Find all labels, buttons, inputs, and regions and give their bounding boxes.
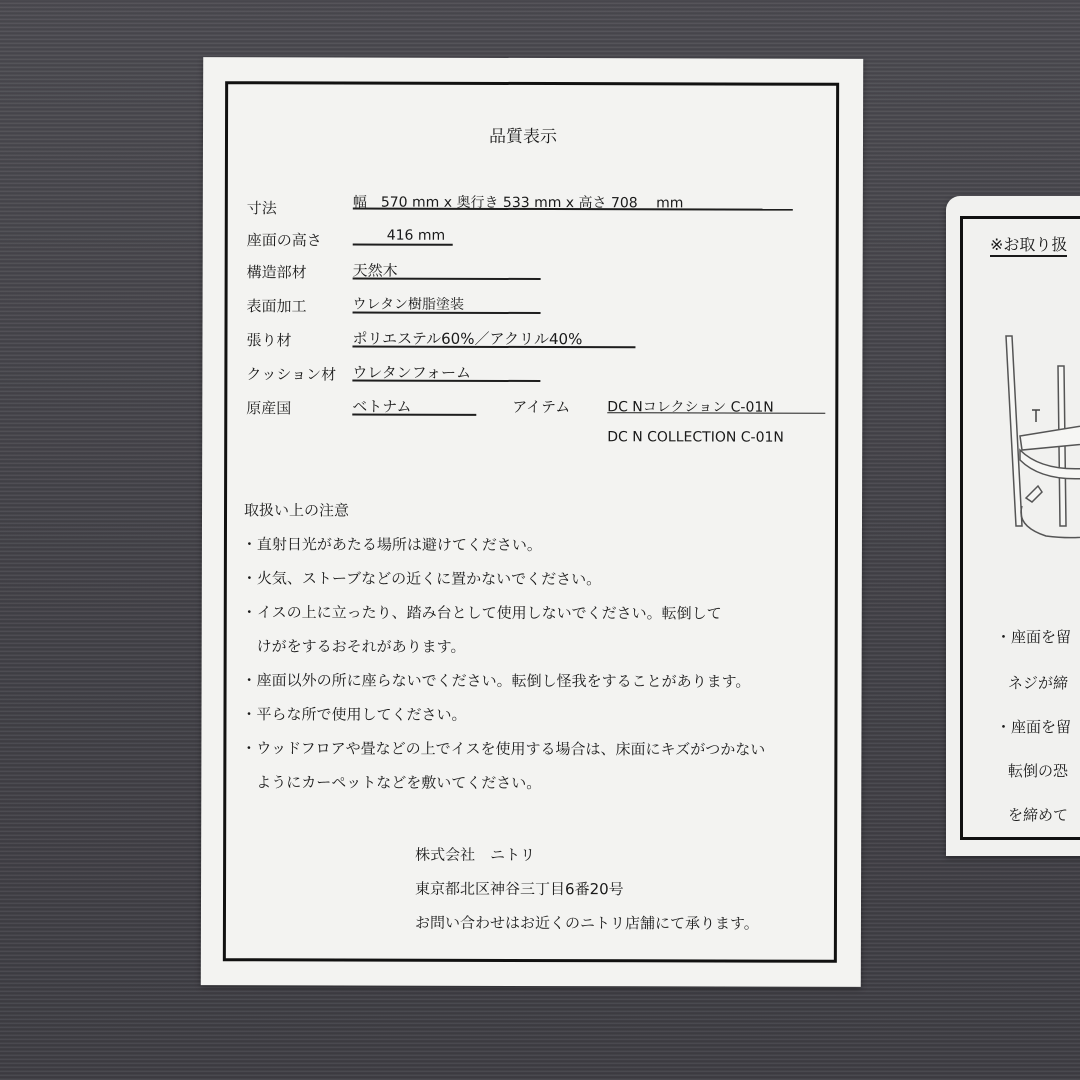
label-title: 品質表示 — [489, 122, 557, 147]
instruction-line: ・座面を留 — [996, 626, 1071, 647]
cautions-heading: 取扱い上の注意 — [244, 499, 349, 520]
spec-label-dimensions: 寸法 — [247, 197, 277, 218]
item-label: アイテム — [512, 396, 570, 417]
instruction-line: ネジが締 — [1008, 672, 1068, 693]
spec-value-seat-height: 416 mm — [387, 228, 445, 244]
company-contact: お問い合わせはお近くのニトリ店舗にて承ります。 — [415, 912, 759, 934]
spec-label-seat-height: 座面の高さ — [247, 229, 322, 250]
quality-label-card: 品質表示 寸法 幅 570 mm x 奥行き 533 mm x 高さ 708 m… — [201, 57, 863, 987]
item-value-en: DC N COLLECTION C-01N — [607, 429, 784, 445]
caution-line: ・火気、ストーブなどの近くに置かないでください。 — [242, 567, 601, 589]
instruction-line: 転倒の恐 — [1008, 760, 1068, 781]
spec-label-cushion: クッション材 — [246, 363, 336, 384]
instruction-line: を締めて — [1008, 804, 1068, 825]
caution-line: ・ウッドフロアや畳などの上でイスを使用する場合は、床面にキズがつかない — [241, 737, 765, 759]
caution-line: ようにカーペットなどを敷いてください。 — [241, 771, 541, 793]
underline — [353, 244, 453, 246]
label-border-frame — [223, 81, 839, 963]
instruction-line: ・座面を留 — [996, 716, 1071, 737]
company-name: 株式会社 ニトリ — [415, 844, 535, 865]
caution-line: ・平らな所で使用してください。 — [241, 703, 466, 725]
chair-diagram-icon — [986, 326, 1080, 546]
caution-line: けがをするおそれがあります。 — [242, 635, 466, 657]
instruction-title: ※お取り扱 — [990, 232, 1067, 257]
spec-label-origin: 原産国 — [246, 397, 291, 418]
underline — [352, 414, 476, 416]
instruction-card: ※お取り扱 ・座面を留 ネジが締 ・座面を留 転倒の恐 を締めて — [946, 196, 1080, 856]
company-address: 東京都北区神谷三丁目6番20号 — [415, 878, 624, 900]
spec-label-structure: 構造部材 — [247, 261, 307, 282]
spec-label-finish: 表面加工 — [247, 295, 307, 316]
caution-line: ・イスの上に立ったり、踏み台として使用しないでください。転倒して — [242, 601, 722, 623]
caution-line: ・座面以外の所に座らないでください。転倒し怪我をすることがあります。 — [242, 669, 751, 691]
caution-line: ・直射日光があたる場所は避けてください。 — [242, 533, 542, 555]
spec-label-upholstery: 張り材 — [246, 329, 291, 350]
